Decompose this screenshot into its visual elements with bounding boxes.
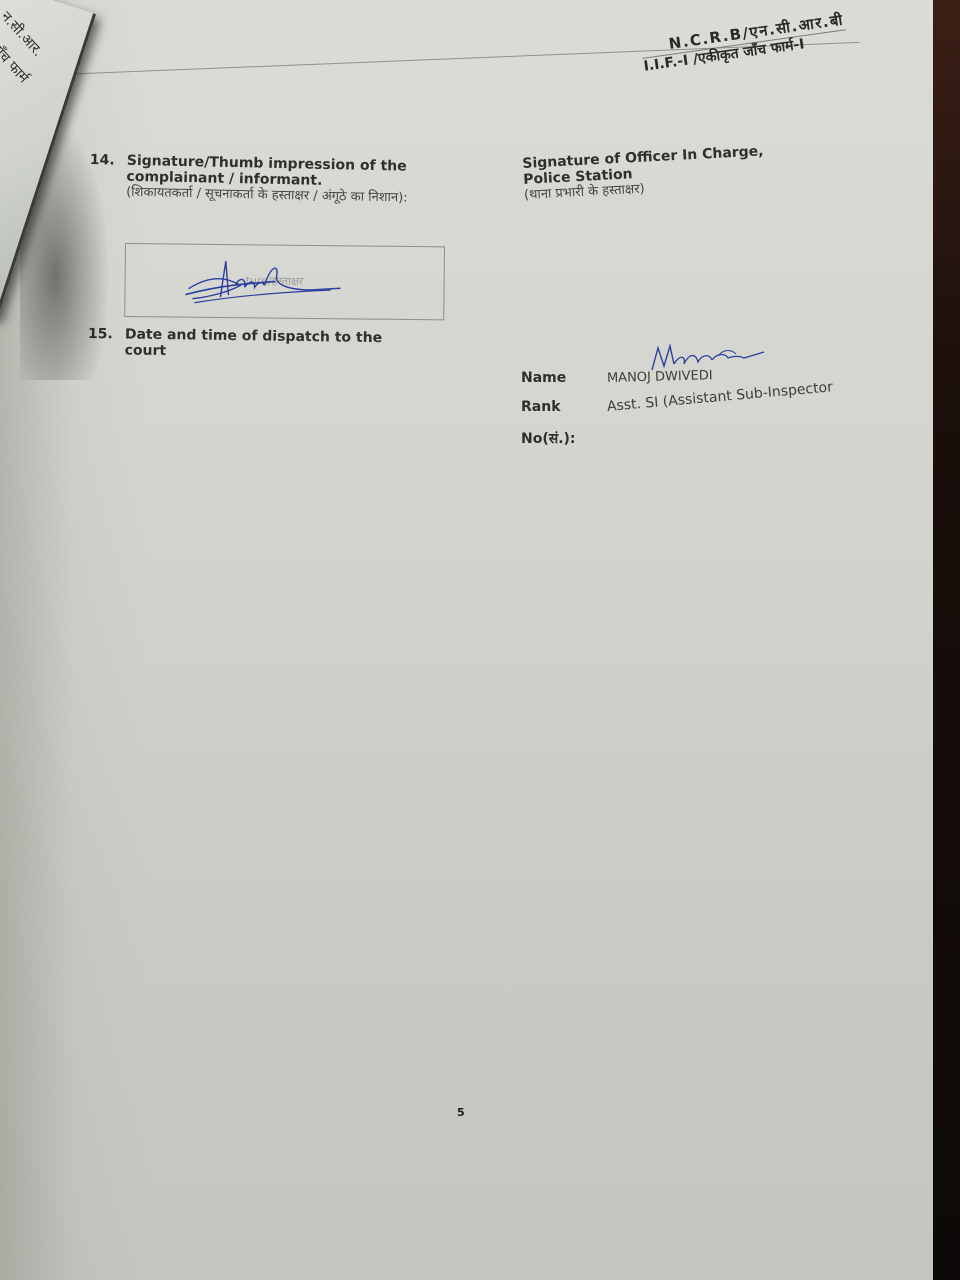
field-name: Name MANOJ DWIVEDI <box>521 370 713 386</box>
item-15: 15. Date and time of dispatch to the cou… <box>88 326 418 363</box>
complainant-signature-icon <box>180 255 381 307</box>
photo-scene: न.सी.आर. कृत जाँच फार्म कर ले जाने पुर ा… <box>0 0 960 1280</box>
field-label: Rank <box>521 399 603 415</box>
item-15-title: Date and time of dispatch to the court <box>125 327 418 363</box>
officer-in-charge-block: Signature of Officer In Charge, Police S… <box>522 142 794 204</box>
page-number: 5 <box>457 1106 465 1119</box>
item-14: 14. Signature/Thumb impression of the co… <box>89 152 450 208</box>
field-rank: Rank Asst. SI (Assistant Sub-Inspector <box>521 399 834 415</box>
field-value-name: MANOJ DWIVEDI <box>607 368 713 386</box>
field-number: No(सं.): <box>521 429 607 448</box>
document-page: न.सी.आर. कृत जाँच फार्म कर ले जाने पुर ा… <box>0 0 933 1280</box>
field-label: Name <box>521 370 603 386</box>
form-code: N.C.R.B/एन.सी.आर.बी I.I.F.-I /एकीकृत जाँ… <box>640 12 847 75</box>
field-label: No(सं.): <box>521 429 603 448</box>
complainant-signature-box: ture/हस्ताक्षर <box>124 243 445 320</box>
